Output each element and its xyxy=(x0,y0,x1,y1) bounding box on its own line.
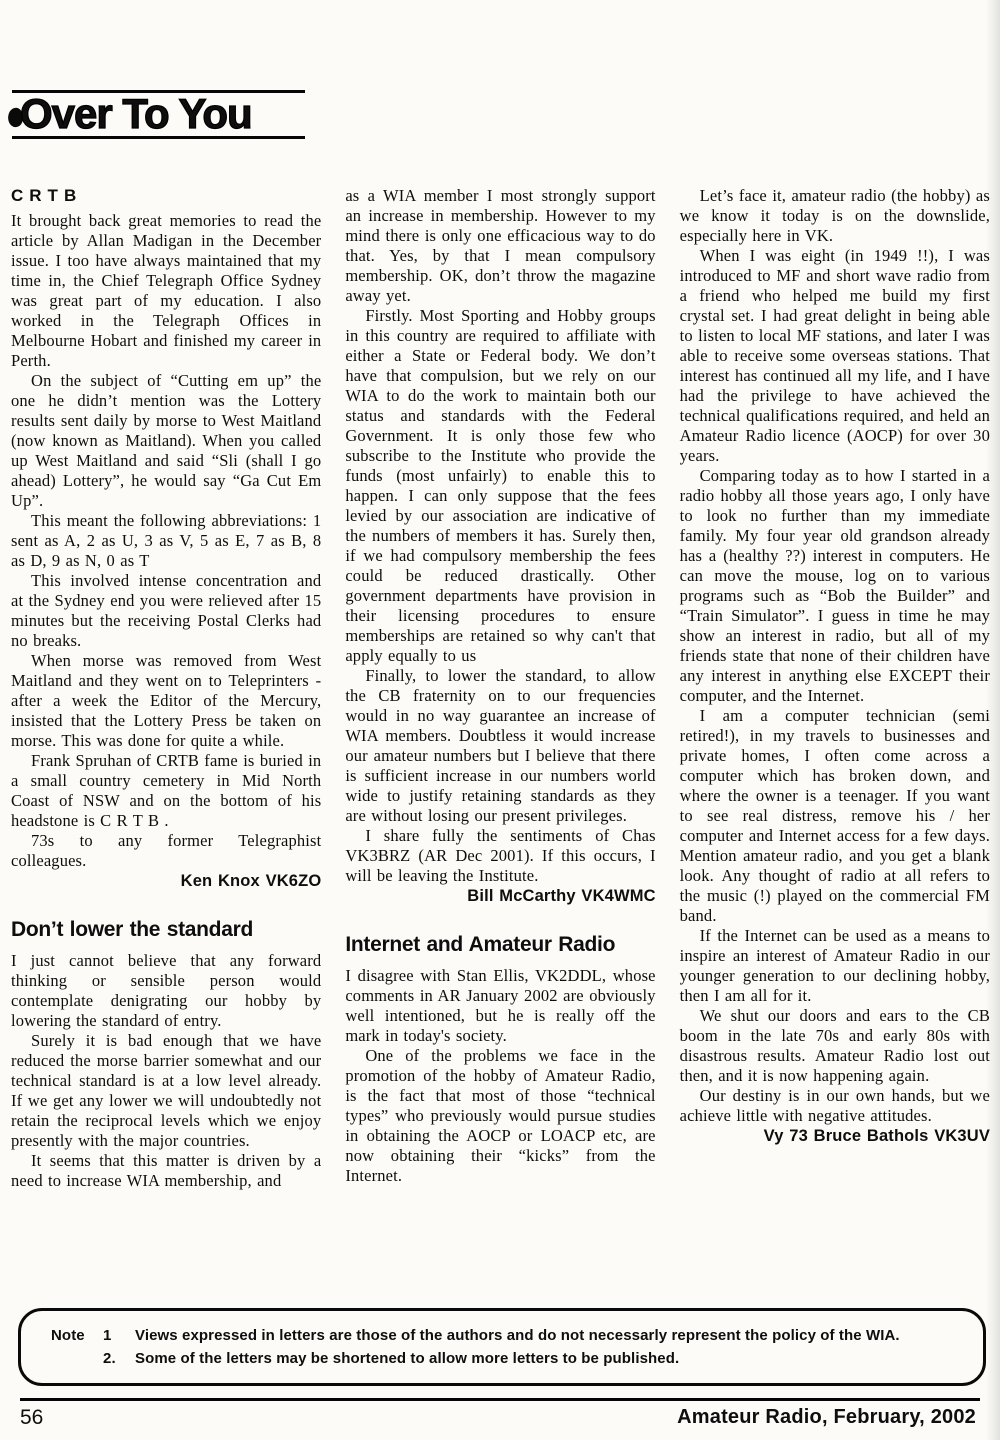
column-1: CRTBIt brought back great memories to re… xyxy=(11,186,321,1191)
note-row-1: Note 1 Views expressed in letters are th… xyxy=(51,1324,963,1347)
letters-columns: CRTBIt brought back great memories to re… xyxy=(11,186,990,1191)
letter-paragraph: Surely it is bad enough that we have red… xyxy=(11,1031,321,1151)
note-item-text: Views expressed in letters are those of … xyxy=(135,1324,963,1347)
letter-paragraph: When I was eight (in 1949 !!), I was int… xyxy=(680,246,990,466)
letter-paragraph: Let’s face it, amateur radio (the hobby)… xyxy=(680,186,990,246)
letter-paragraph: This involved intense concentration and … xyxy=(11,571,321,651)
letter-paragraph: I disagree with Stan Ellis, VK2DDL, whos… xyxy=(345,966,655,1046)
letter-heading: Internet and Amateur Radio xyxy=(345,933,655,957)
magazine-page: Over To You CRTBIt brought back great me… xyxy=(0,0,1000,1440)
letter-paragraph: 73s to any former Telegraphist colleague… xyxy=(11,831,321,871)
letter-paragraph: This meant the following abbreviations: … xyxy=(11,511,321,571)
letter-paragraph: If the Internet can be used as a means t… xyxy=(680,926,990,1006)
letter-paragraph: Our destiny is in our own hands, but we … xyxy=(680,1086,990,1126)
note-item-number: 1 xyxy=(103,1324,135,1347)
column-3: Let’s face it, amateur radio (the hobby)… xyxy=(680,186,990,1191)
page-title: Over To You xyxy=(12,93,305,136)
letter-signature: Vy 73 Bruce Bathols VK3UV xyxy=(680,1126,990,1146)
letter-paragraph: We shut our doors and ears to the CB boo… xyxy=(680,1006,990,1086)
letter-signature: Ken Knox VK6ZO xyxy=(11,871,321,891)
journal-title: Amateur Radio, February, 2002 xyxy=(677,1406,976,1429)
letter-heading: CRTB xyxy=(11,186,321,206)
note-box: Note 1 Views expressed in letters are th… xyxy=(18,1308,986,1386)
letter-paragraph: When morse was removed from West Maitlan… xyxy=(11,651,321,751)
footer-rule xyxy=(20,1398,980,1401)
letter-signature: Bill McCarthy VK4WMC xyxy=(345,886,655,906)
note-label-spacer xyxy=(51,1347,103,1370)
column-2: as a WIA member I most strongly support … xyxy=(345,186,655,1191)
section-header: Over To You xyxy=(12,90,305,139)
letter-heading: Don’t lower the standard xyxy=(11,918,321,942)
letter-paragraph: Frank Spruhan of CRTB fame is buried in … xyxy=(11,751,321,831)
letter-paragraph: Finally, to lower the standard, to allow… xyxy=(345,666,655,826)
note-item-text: Some of the letters may be shortened to … xyxy=(135,1347,963,1370)
note-row-2: 2. Some of the letters may be shortened … xyxy=(51,1347,963,1370)
page-number: 56 xyxy=(20,1406,43,1430)
note-item-number: 2. xyxy=(103,1347,135,1370)
letter-paragraph: It seems that this matter is driven by a… xyxy=(11,1151,321,1191)
letter-paragraph: On the subject of “Cutting em up” the on… xyxy=(11,371,321,511)
note-label: Note xyxy=(51,1324,103,1347)
letter-paragraph: I am a computer technician (semi retired… xyxy=(680,706,990,926)
letter-paragraph: I share fully the sentiments of Chas VK3… xyxy=(345,826,655,886)
letter-paragraph: I just cannot believe that any forward t… xyxy=(11,951,321,1031)
letter-paragraph: as a WIA member I most strongly support … xyxy=(345,186,655,306)
letter-paragraph: Comparing today as to how I started in a… xyxy=(680,466,990,706)
letter-paragraph: It brought back great memories to read t… xyxy=(11,211,321,371)
letter-paragraph: Firstly. Most Sporting and Hobby groups … xyxy=(345,306,655,666)
letter-paragraph: One of the problems we face in the promo… xyxy=(345,1046,655,1186)
